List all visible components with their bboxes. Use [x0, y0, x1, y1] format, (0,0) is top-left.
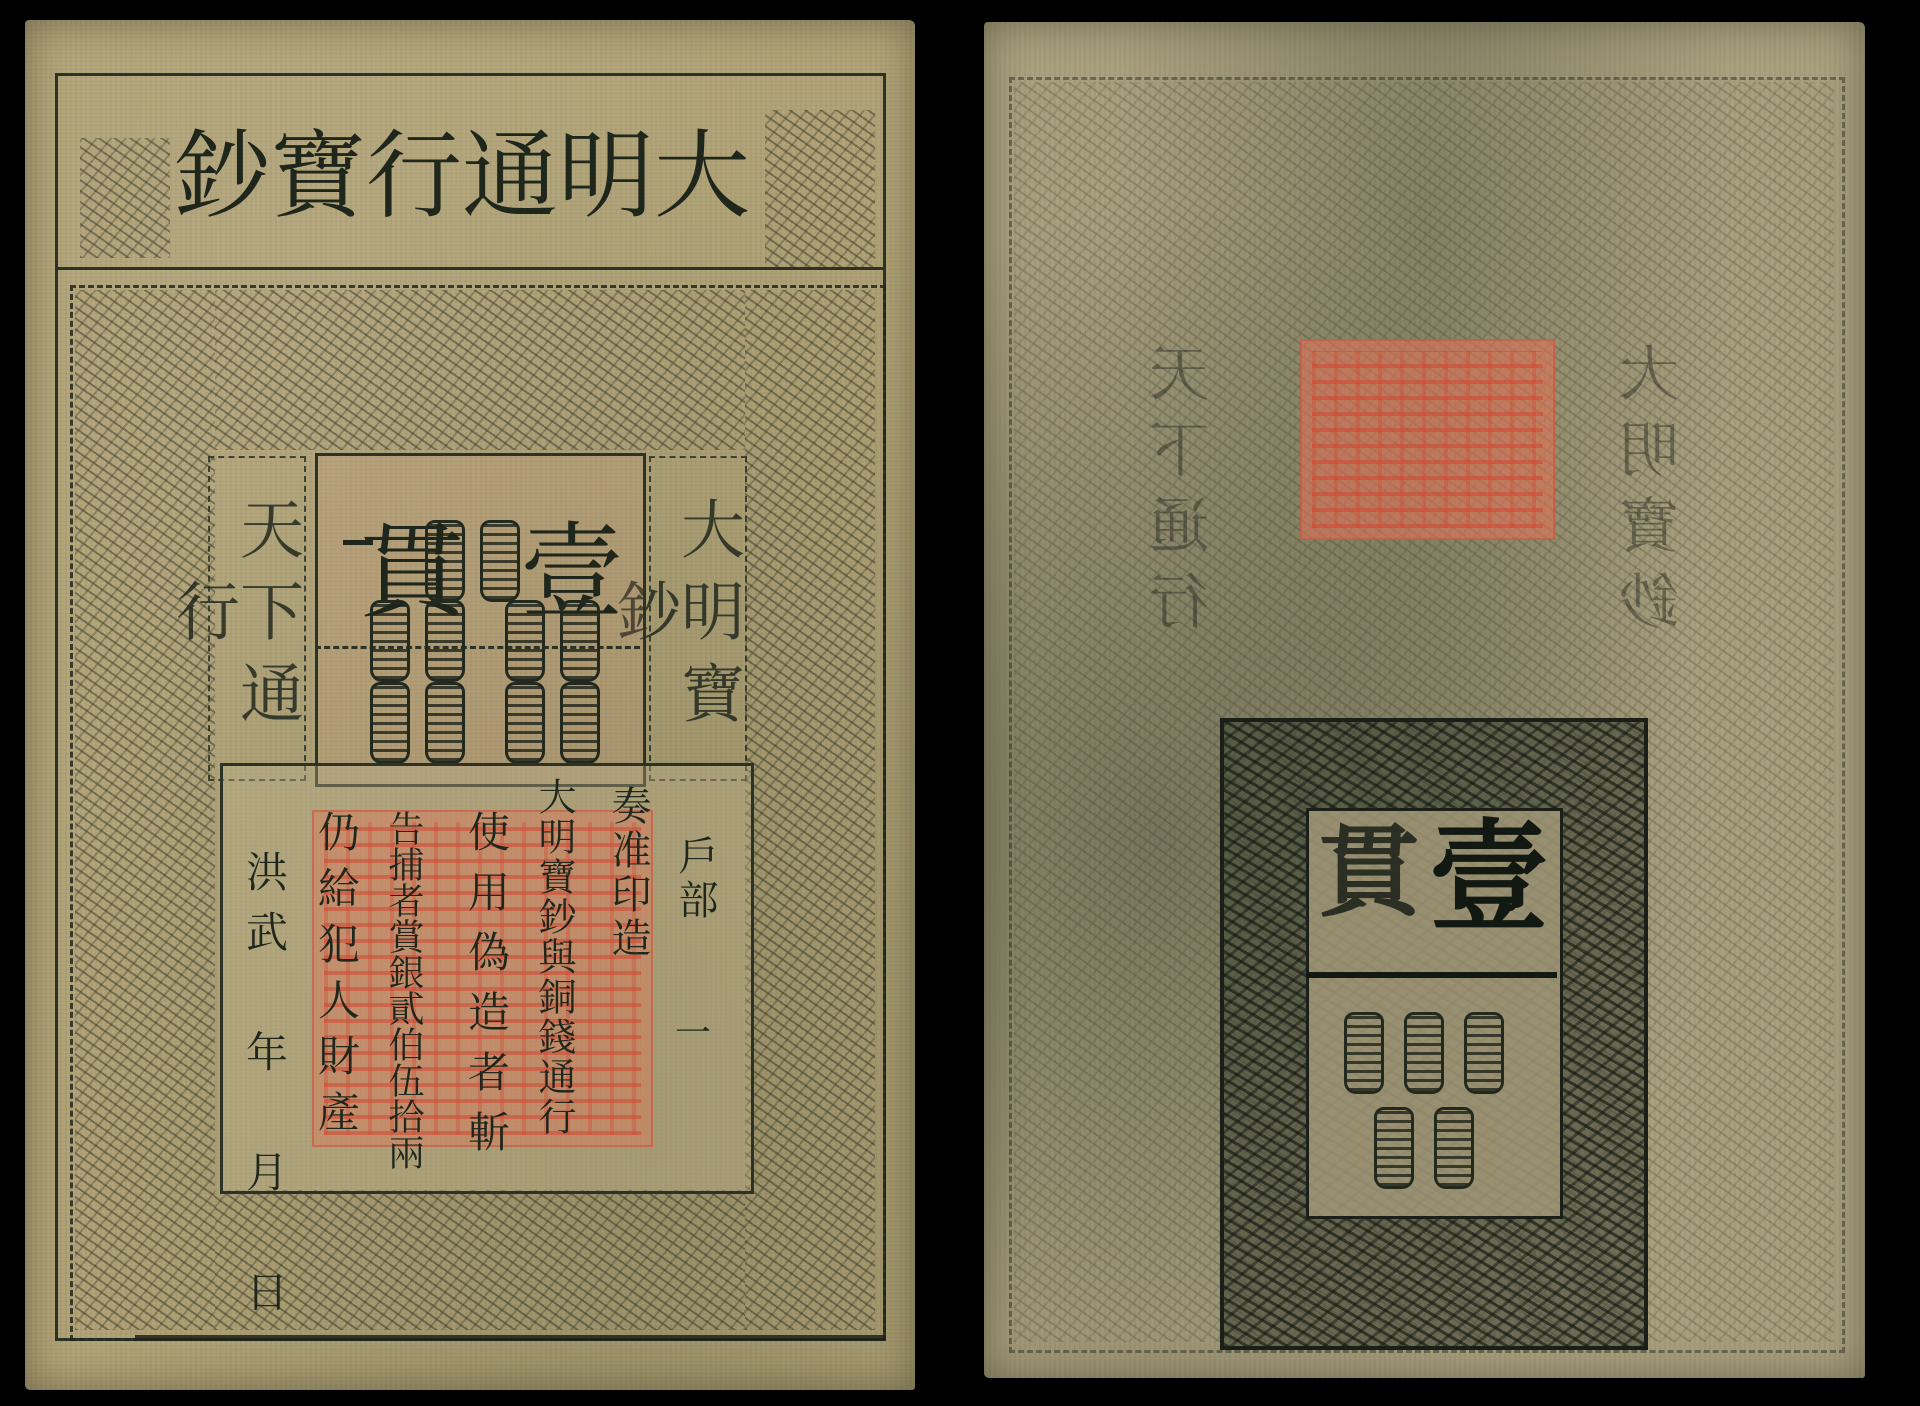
title-char: 寶	[270, 128, 366, 224]
title-char: 鈔	[174, 128, 270, 224]
stamp-divider	[1306, 972, 1557, 978]
seal-column-left: 天下通行	[208, 456, 306, 781]
inscription-ministry: 戶部	[675, 835, 715, 923]
inscription-date: 洪武 年 月 日	[243, 850, 285, 1330]
stamp-coin-string	[1434, 1107, 1474, 1189]
banknote-reverse: 天下通行 大明寶鈔 壹 貫	[984, 22, 1865, 1378]
coin-strings-illustration	[370, 660, 600, 780]
coin-string	[505, 600, 545, 682]
black-denomination-stamp: 壹 貫	[1220, 718, 1648, 1350]
title-corner-ornament-left	[80, 138, 170, 258]
title-char: 通	[462, 128, 558, 224]
coin-string	[480, 520, 520, 602]
inscription-line-1: 大明寶鈔與銅錢通行	[535, 777, 573, 1137]
denomination-stroke	[343, 540, 373, 545]
coin-string	[425, 520, 465, 602]
note-title: 大 明 通 行 寶 鈔	[205, 128, 750, 224]
title-char: 明	[558, 128, 654, 224]
title-divider	[55, 267, 883, 270]
inscription-line-4: 仍給犯人財產	[315, 810, 357, 1146]
inscription-line-2: 使用偽造者斬	[465, 810, 507, 1170]
dragon-border-right	[745, 290, 875, 1330]
stamp-char-guan: 貫	[1319, 822, 1419, 922]
stamp-coin-string	[1464, 1012, 1504, 1094]
coin-string	[560, 682, 600, 764]
coin-string	[505, 682, 545, 764]
title-char: 大	[654, 128, 750, 224]
show-through-column-right: 大明寶鈔	[1624, 342, 1684, 646]
coin-string	[370, 682, 410, 764]
dragon-border-bottom	[215, 1190, 745, 1330]
stamp-coin-string	[1374, 1107, 1414, 1189]
stamp-coin-string	[1404, 1012, 1444, 1094]
inscription-line-3: 告捕者賞銀貳伯伍拾兩	[385, 810, 421, 1170]
inscription-mark: 一	[675, 1005, 711, 1056]
seal-column-right: 大明寶鈔	[649, 456, 747, 781]
coin-string	[425, 600, 465, 682]
bottom-frame-line	[135, 1335, 885, 1341]
coin-string	[425, 682, 465, 764]
dragon-border-left	[75, 290, 215, 1330]
title-corner-ornament-right	[765, 110, 875, 270]
stamp-coin-string	[1344, 1012, 1384, 1094]
stamp-char-yi: 壹	[1429, 818, 1549, 938]
coin-string	[370, 600, 410, 682]
dragon-border-top	[215, 290, 745, 450]
inscription-approved: 奏准印造	[608, 785, 648, 961]
title-char: 行	[366, 128, 462, 224]
show-through-column-left: 天下通行	[1154, 342, 1214, 646]
banknote-obverse: 大 明 通 行 寶 鈔 天下通行 大明寶鈔 貫 壹 戶部	[25, 20, 915, 1390]
coin-string	[560, 600, 600, 682]
red-official-seal	[1300, 339, 1555, 540]
